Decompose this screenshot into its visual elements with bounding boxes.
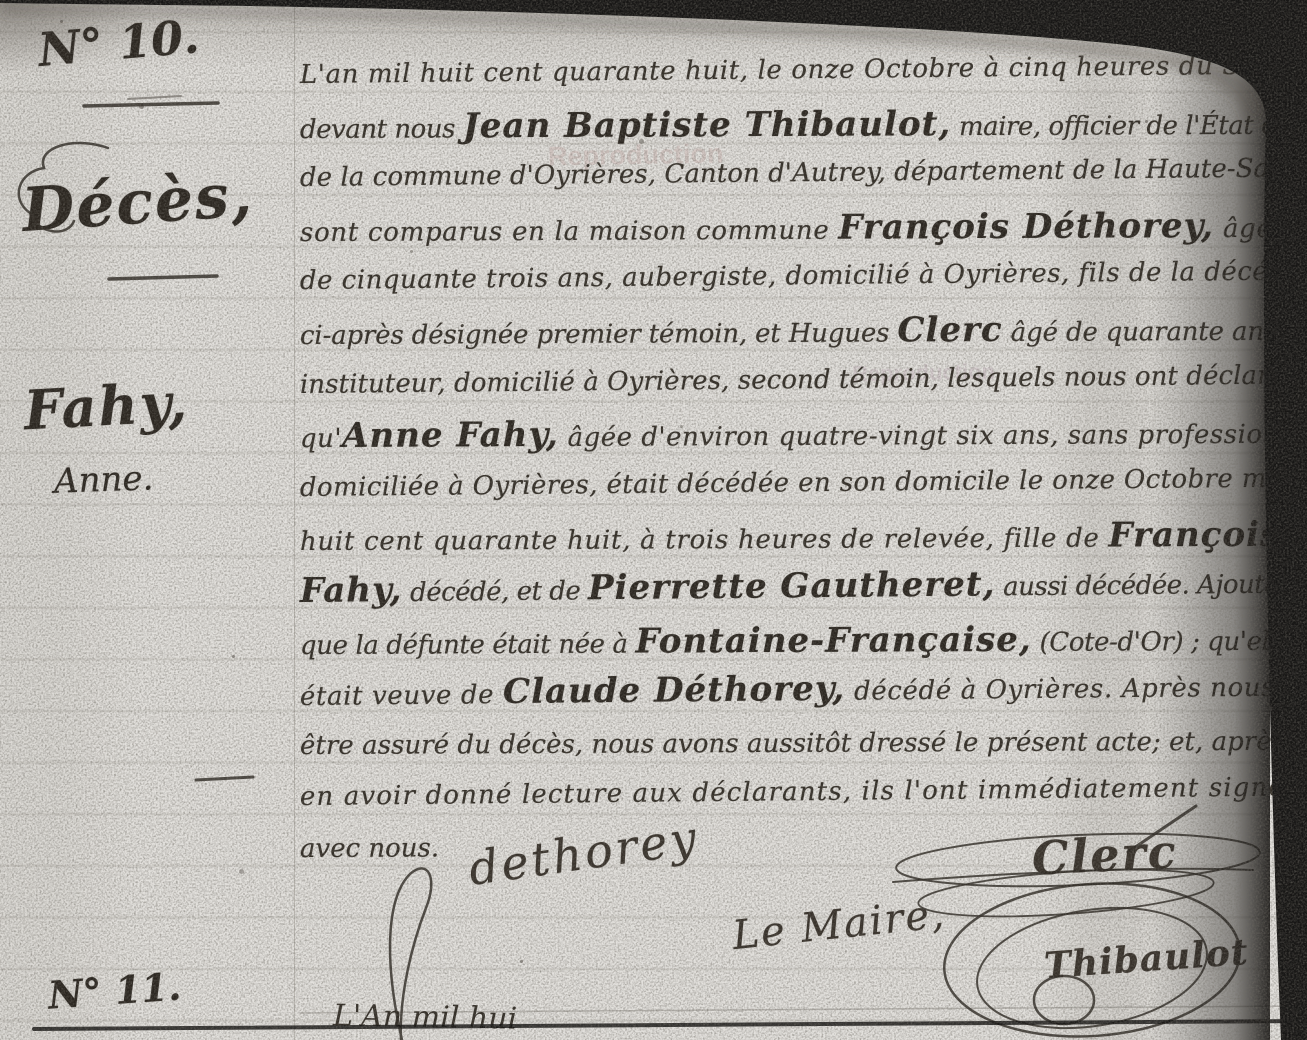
person-name: Pierrette Gautheret, — [588, 564, 996, 608]
act-text-line: en avoir donné lecture aux déclarants, i… — [300, 768, 1286, 829]
act-text-line: était veuve de Claude Déthorey, décédé à… — [300, 665, 1276, 726]
person-name: Clerc — [897, 310, 1002, 350]
text-segment: était veuve de — [300, 680, 503, 712]
person-name: François Déthorey, — [838, 206, 1214, 248]
act-text-line: de la commune d'Oyrières, Canton d'Autre… — [300, 149, 1285, 210]
text-segment: (Cote-d'Or) ; qu'elle — [1032, 626, 1293, 657]
deceased-firstname: Anne. — [53, 458, 154, 501]
text-segment: instituteur, domicilié à Oyrières, secon… — [300, 360, 1285, 399]
person-name: Anne Fahy, — [342, 415, 559, 456]
text-segment: de la commune d'Oyrières, Canton d'Autre… — [300, 154, 1285, 193]
text-segment: avec nous. — [300, 833, 439, 864]
text-segment: âgé de quarante ans, — [1003, 317, 1286, 348]
text-segment: décédé, et de — [402, 576, 588, 608]
person-name: Claude Déthorey, — [503, 669, 845, 712]
person-name: Fontaine-Française, — [635, 619, 1031, 661]
text-segment: sont comparus en la maison commune — [300, 215, 839, 247]
text-segment: qu' — [300, 424, 342, 454]
text-segment: maire, officier de l'État civ — [951, 110, 1297, 142]
text-segment: en avoir donné lecture aux déclarants, i… — [300, 773, 1285, 812]
person-name: Jean Baptiste Thibaulot, — [463, 104, 952, 146]
margin-rule-line — [294, 0, 295, 1040]
text-segment: ci-après désignée premier témoin, et Hug… — [300, 318, 898, 351]
text-segment: âgé — [1214, 214, 1273, 244]
act-text-line: avec nous. — [300, 828, 439, 881]
text-segment: âgée d'environ quatre-vingt six ans, san… — [559, 420, 1280, 453]
act-text-line: de cinquante trois ans, aubergiste, domi… — [300, 252, 1286, 313]
body-lines: L'an mil huit cent quarante huit, le onz… — [300, 55, 1285, 895]
deceased-surname: Fahy, — [22, 370, 190, 443]
text-segment: domiciliée à Oyrières, était décédée en … — [300, 463, 1285, 502]
death-register-scan: Reproduction Reproduction N° 10. Décès, … — [0, 0, 1307, 1040]
next-record-number: N° 11. — [47, 963, 183, 1017]
text-segment: de cinquante trois ans, aubergiste, domi… — [300, 257, 1286, 296]
next-entry-opening: L'An mil hui — [333, 998, 518, 1036]
text-segment: aussi décédée. Ajoutant — [995, 569, 1305, 602]
act-text-line: instituteur, domicilié à Oyrières, secon… — [300, 355, 1286, 416]
act-text-line: L'an mil huit cent quarante huit, le onz… — [300, 46, 1286, 107]
text-segment: devant nous — [300, 114, 463, 145]
text-segment: décédé à Oyrières. Après nous — [845, 673, 1275, 707]
ink-specks — [0, 0, 3, 3]
act-text-line: domiciliée à Oyrières, était décédée en … — [300, 458, 1285, 519]
text-segment: que la défunte était née à — [300, 629, 636, 660]
text-segment: être assuré du décès, nous avons aussitô… — [300, 726, 1285, 760]
act-text-line: Fahy, décédé, et de Pierrette Gautheret,… — [300, 561, 1306, 623]
signature-clerc: Clerc — [1031, 824, 1179, 886]
person-name: François — [1108, 515, 1280, 556]
person-name: Fahy, — [300, 570, 403, 611]
text-segment: L'an mil huit cent quarante huit, le onz… — [300, 51, 1285, 90]
text-segment: huit cent quarante huit, à trois heures … — [300, 524, 1109, 558]
